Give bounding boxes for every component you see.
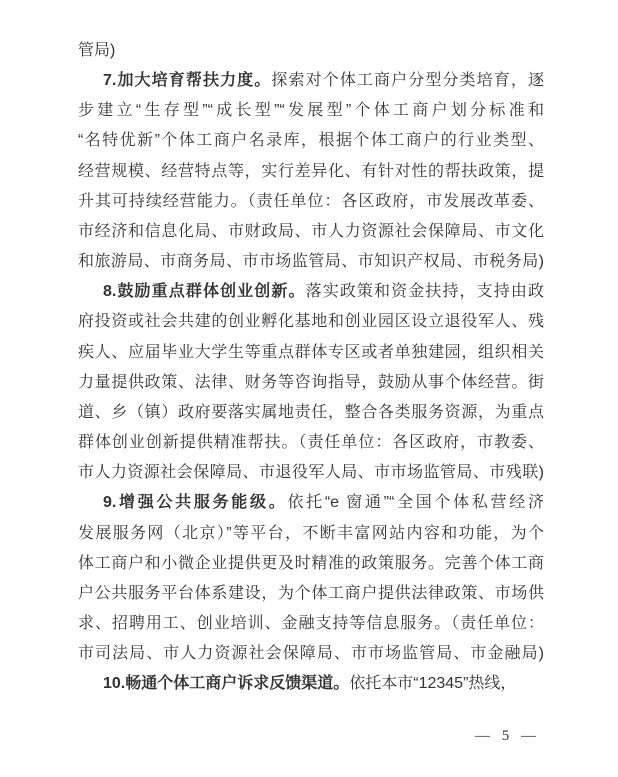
document-line: 群体创业创新提供精准帮扶。（责任单位：各区政府，市教委、 <box>78 428 544 458</box>
line-text: “名特优新”个体工商户名录库，根据个体工商户的行业类型、 <box>78 132 544 149</box>
line-text: 求、招聘用工、创业培训、金融支持等信息服务。（责任单位： <box>78 615 544 632</box>
line-text: 依托“e 窗通”“全国个体私营经济 <box>287 494 544 511</box>
document-line: 疾人、应届毕业大学生等重点群体专区或者单独建园，组织相关 <box>78 338 544 368</box>
line-text: 落实政策和资金扶持，支持由政 <box>306 283 544 300</box>
line-text: 管局) <box>78 42 115 59</box>
line-text: 市经济和信息化局、市财政局、市人力资源社会保障局、市文化 <box>78 223 544 240</box>
document-line: 7.加大培育帮扶力度。探索对个体工商户分型分类培育，逐 <box>78 66 544 96</box>
line-text: 体工商户和小微企业提供更及时精准的政策服务。完善个体工商 <box>78 555 544 572</box>
document-line: 力量提供政策、法律、财务等咨询指导，鼓励从事个体经营。街 <box>78 368 544 398</box>
document-line: 9.增强公共服务能级。依托“e 窗通”“全国个体私营经济 <box>78 488 544 518</box>
document-line: 体工商户和小微企业提供更及时精准的政策服务。完善个体工商 <box>78 549 544 579</box>
document-line: 道、乡（镇）政府要落实属地责任，整合各类服务资源，为重点 <box>78 398 544 428</box>
document-line: 升其可持续经营能力。（责任单位：各区政府，市发展改革委、 <box>78 187 544 217</box>
document-line: 府投资或社会共建的创业孵化基地和创业园区设立退役军人、残 <box>78 307 544 337</box>
document-line: 市经济和信息化局、市财政局、市人力资源社会保障局、市文化 <box>78 217 544 247</box>
paragraph-lead: 8.鼓励重点群体创业创新。 <box>103 283 306 300</box>
document-line: 和旅游局、市商务局、市市场监管局、市知识产权局、市税务局) <box>78 247 544 277</box>
document-page: 管局) 7.加大培育帮扶力度。探索对个体工商户分型分类培育，逐 步建立“生存型”… <box>0 0 618 777</box>
line-text: 力量提供政策、法律、财务等咨询指导，鼓励从事个体经营。街 <box>78 374 544 391</box>
document-line: 市司法局、市人力资源社会保障局、市市场监管局、市金融局) <box>78 639 544 669</box>
document-line: 经营规模、经营特点等，实行差异化、有针对性的帮扶政策，提 <box>78 157 544 187</box>
line-text: 道、乡（镇）政府要落实属地责任，整合各类服务资源，为重点 <box>78 404 544 421</box>
paragraph-lead: 7.加大培育帮扶力度。 <box>103 72 271 89</box>
document-line: 10.畅通个体工商户诉求反馈渠道。依托本市“12345”热线， <box>78 669 544 699</box>
line-text: 发展服务网（北京）”等平台，不断丰富网站内容和功能，为个 <box>78 525 544 542</box>
line-text: 探索对个体工商户分型分类培育，逐 <box>271 72 544 89</box>
document-line: 户公共服务平台体系建设，为个体工商户提供法律政策、市场供 <box>78 579 544 609</box>
line-text: 市司法局、市人力资源社会保障局、市市场监管局、市金融局) <box>78 645 544 662</box>
line-text: 步建立“生存型”“成长型”“发展型”个体工商户划分标准和 <box>78 102 544 119</box>
line-text: 群体创业创新提供精准帮扶。（责任单位：各区政府，市教委、 <box>78 434 544 451</box>
document-line: 8.鼓励重点群体创业创新。落实政策和资金扶持，支持由政 <box>78 277 544 307</box>
document-line: 发展服务网（北京）”等平台，不断丰富网站内容和功能，为个 <box>78 519 544 549</box>
page-number: — 5 — <box>475 728 537 745</box>
line-text: 和旅游局、市商务局、市市场监管局、市知识产权局、市税务局) <box>78 253 544 270</box>
line-text: 升其可持续经营能力。（责任单位：各区政府，市发展改革委、 <box>78 193 544 210</box>
line-text: 府投资或社会共建的创业孵化基地和创业园区设立退役军人、残 <box>78 313 544 330</box>
document-line: 市人力资源社会保障局、市退役军人局、市市场监管局、市残联) <box>78 458 544 488</box>
document-line: “名特优新”个体工商户名录库，根据个体工商户的行业类型、 <box>78 126 544 156</box>
line-text: 户公共服务平台体系建设，为个体工商户提供法律政策、市场供 <box>78 585 544 602</box>
line-text: 依托本市“12345”热线， <box>349 675 516 692</box>
document-line: 步建立“生存型”“成长型”“发展型”个体工商户划分标准和 <box>78 96 544 126</box>
paragraph-lead: 10.畅通个体工商户诉求反馈渠道。 <box>103 675 349 692</box>
line-text: 市人力资源社会保障局、市退役军人局、市市场监管局、市残联) <box>78 464 544 481</box>
document-line-continuation: 管局) <box>78 36 544 66</box>
paragraph-lead: 9.增强公共服务能级。 <box>103 494 287 511</box>
line-text: 疾人、应届毕业大学生等重点群体专区或者单独建园，组织相关 <box>78 344 544 361</box>
document-body: 管局) 7.加大培育帮扶力度。探索对个体工商户分型分类培育，逐 步建立“生存型”… <box>78 36 544 699</box>
line-text: 经营规模、经营特点等，实行差异化、有针对性的帮扶政策，提 <box>78 163 544 180</box>
document-line: 求、招聘用工、创业培训、金融支持等信息服务。（责任单位： <box>78 609 544 639</box>
